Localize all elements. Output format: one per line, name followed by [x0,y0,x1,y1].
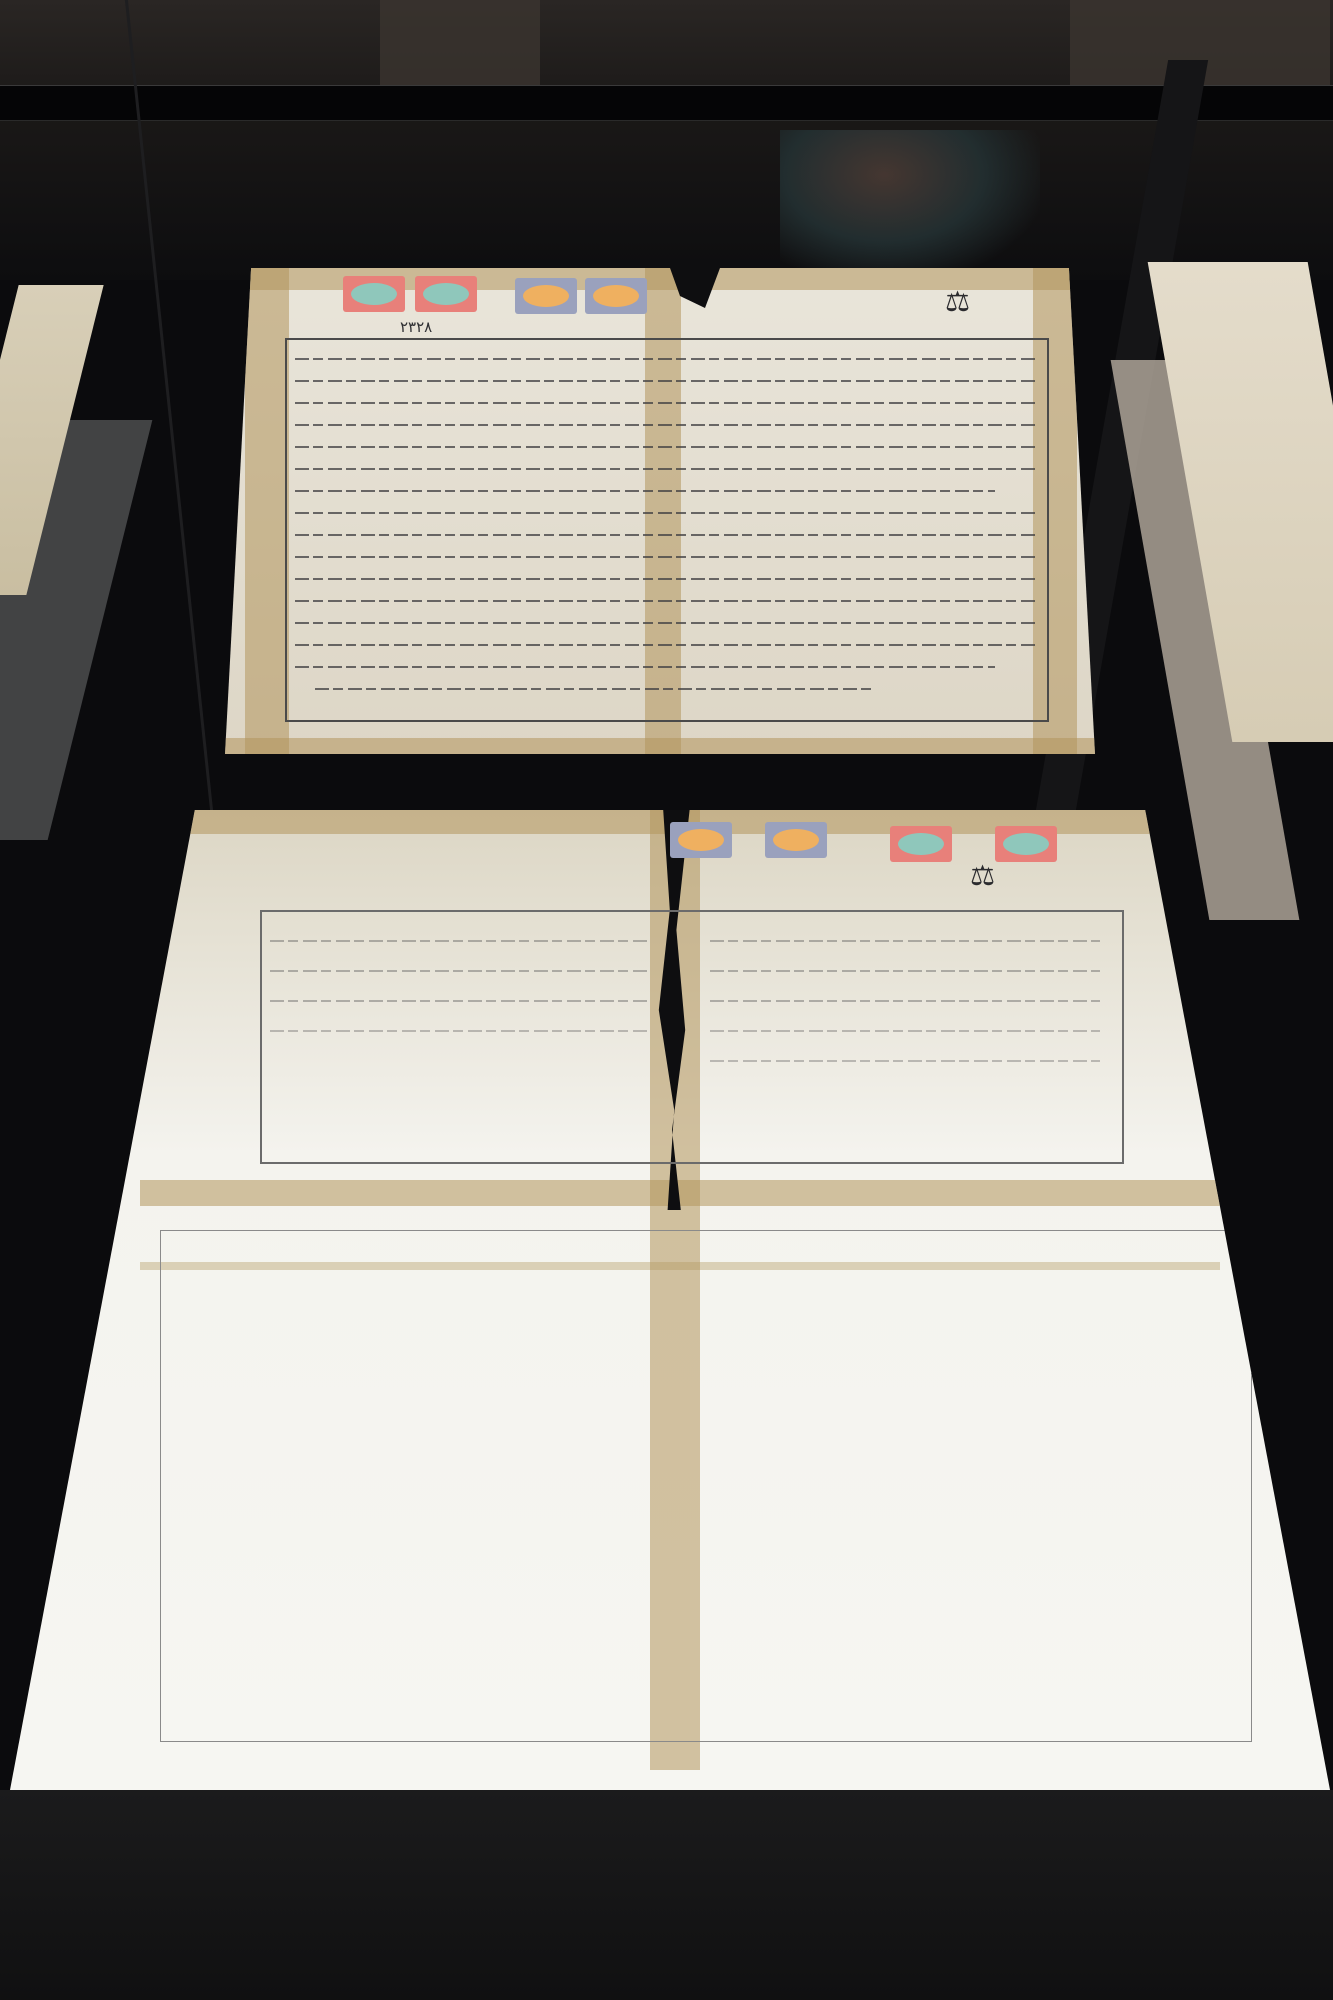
handwritten-line [270,940,650,942]
handwritten-line [270,1030,650,1032]
lower-document: ⚖ [10,810,1330,1790]
handwritten-line [270,970,650,972]
handwritten-line [295,424,1035,426]
reflected-visitor [780,130,1040,280]
handwritten-line [295,578,1035,580]
revenue-stamp [415,276,477,312]
text-frame [285,338,1049,722]
handwritten-line [295,358,1035,360]
handwritten-line [710,970,1100,972]
revenue-stamp [670,822,732,858]
revenue-stamp [515,278,577,314]
handwritten-line [295,534,1035,536]
handwritten-line [710,1030,1100,1032]
handwritten-line [295,380,1035,382]
revenue-stamp [890,826,952,862]
handwritten-line [270,1000,650,1002]
display-case-rail [0,85,1333,121]
document-number: ۲۳۲۸ [400,318,432,336]
upper-document: ۲۳۲۸ ⚖ [225,268,1095,754]
handwritten-line [315,688,875,690]
text-frame [260,910,1124,1164]
handwritten-line [295,622,1035,624]
revenue-stamp [585,278,647,314]
revenue-stamp [343,276,405,312]
handwritten-line [295,644,1035,646]
blank-ruled-frame [160,1230,1252,1742]
scales-icon: ⚖ [970,862,995,890]
handwritten-line [295,556,1035,558]
revenue-stamp [765,822,827,858]
handwritten-line [295,402,1035,404]
handwritten-line [295,468,1035,470]
handwritten-line [710,1060,1100,1062]
handwritten-line [710,1000,1100,1002]
conservation-tape [245,268,289,754]
handwritten-line [295,512,1035,514]
handwritten-line [710,940,1100,942]
display-case-base [0,1790,1333,2000]
handwritten-line [295,446,1035,448]
reflected-wall [380,0,540,90]
revenue-stamp [995,826,1057,862]
handwritten-line [295,666,995,668]
handwritten-line [295,600,1035,602]
conservation-tape [225,738,1095,756]
scales-icon: ⚖ [945,288,970,316]
handwritten-line [295,490,995,492]
